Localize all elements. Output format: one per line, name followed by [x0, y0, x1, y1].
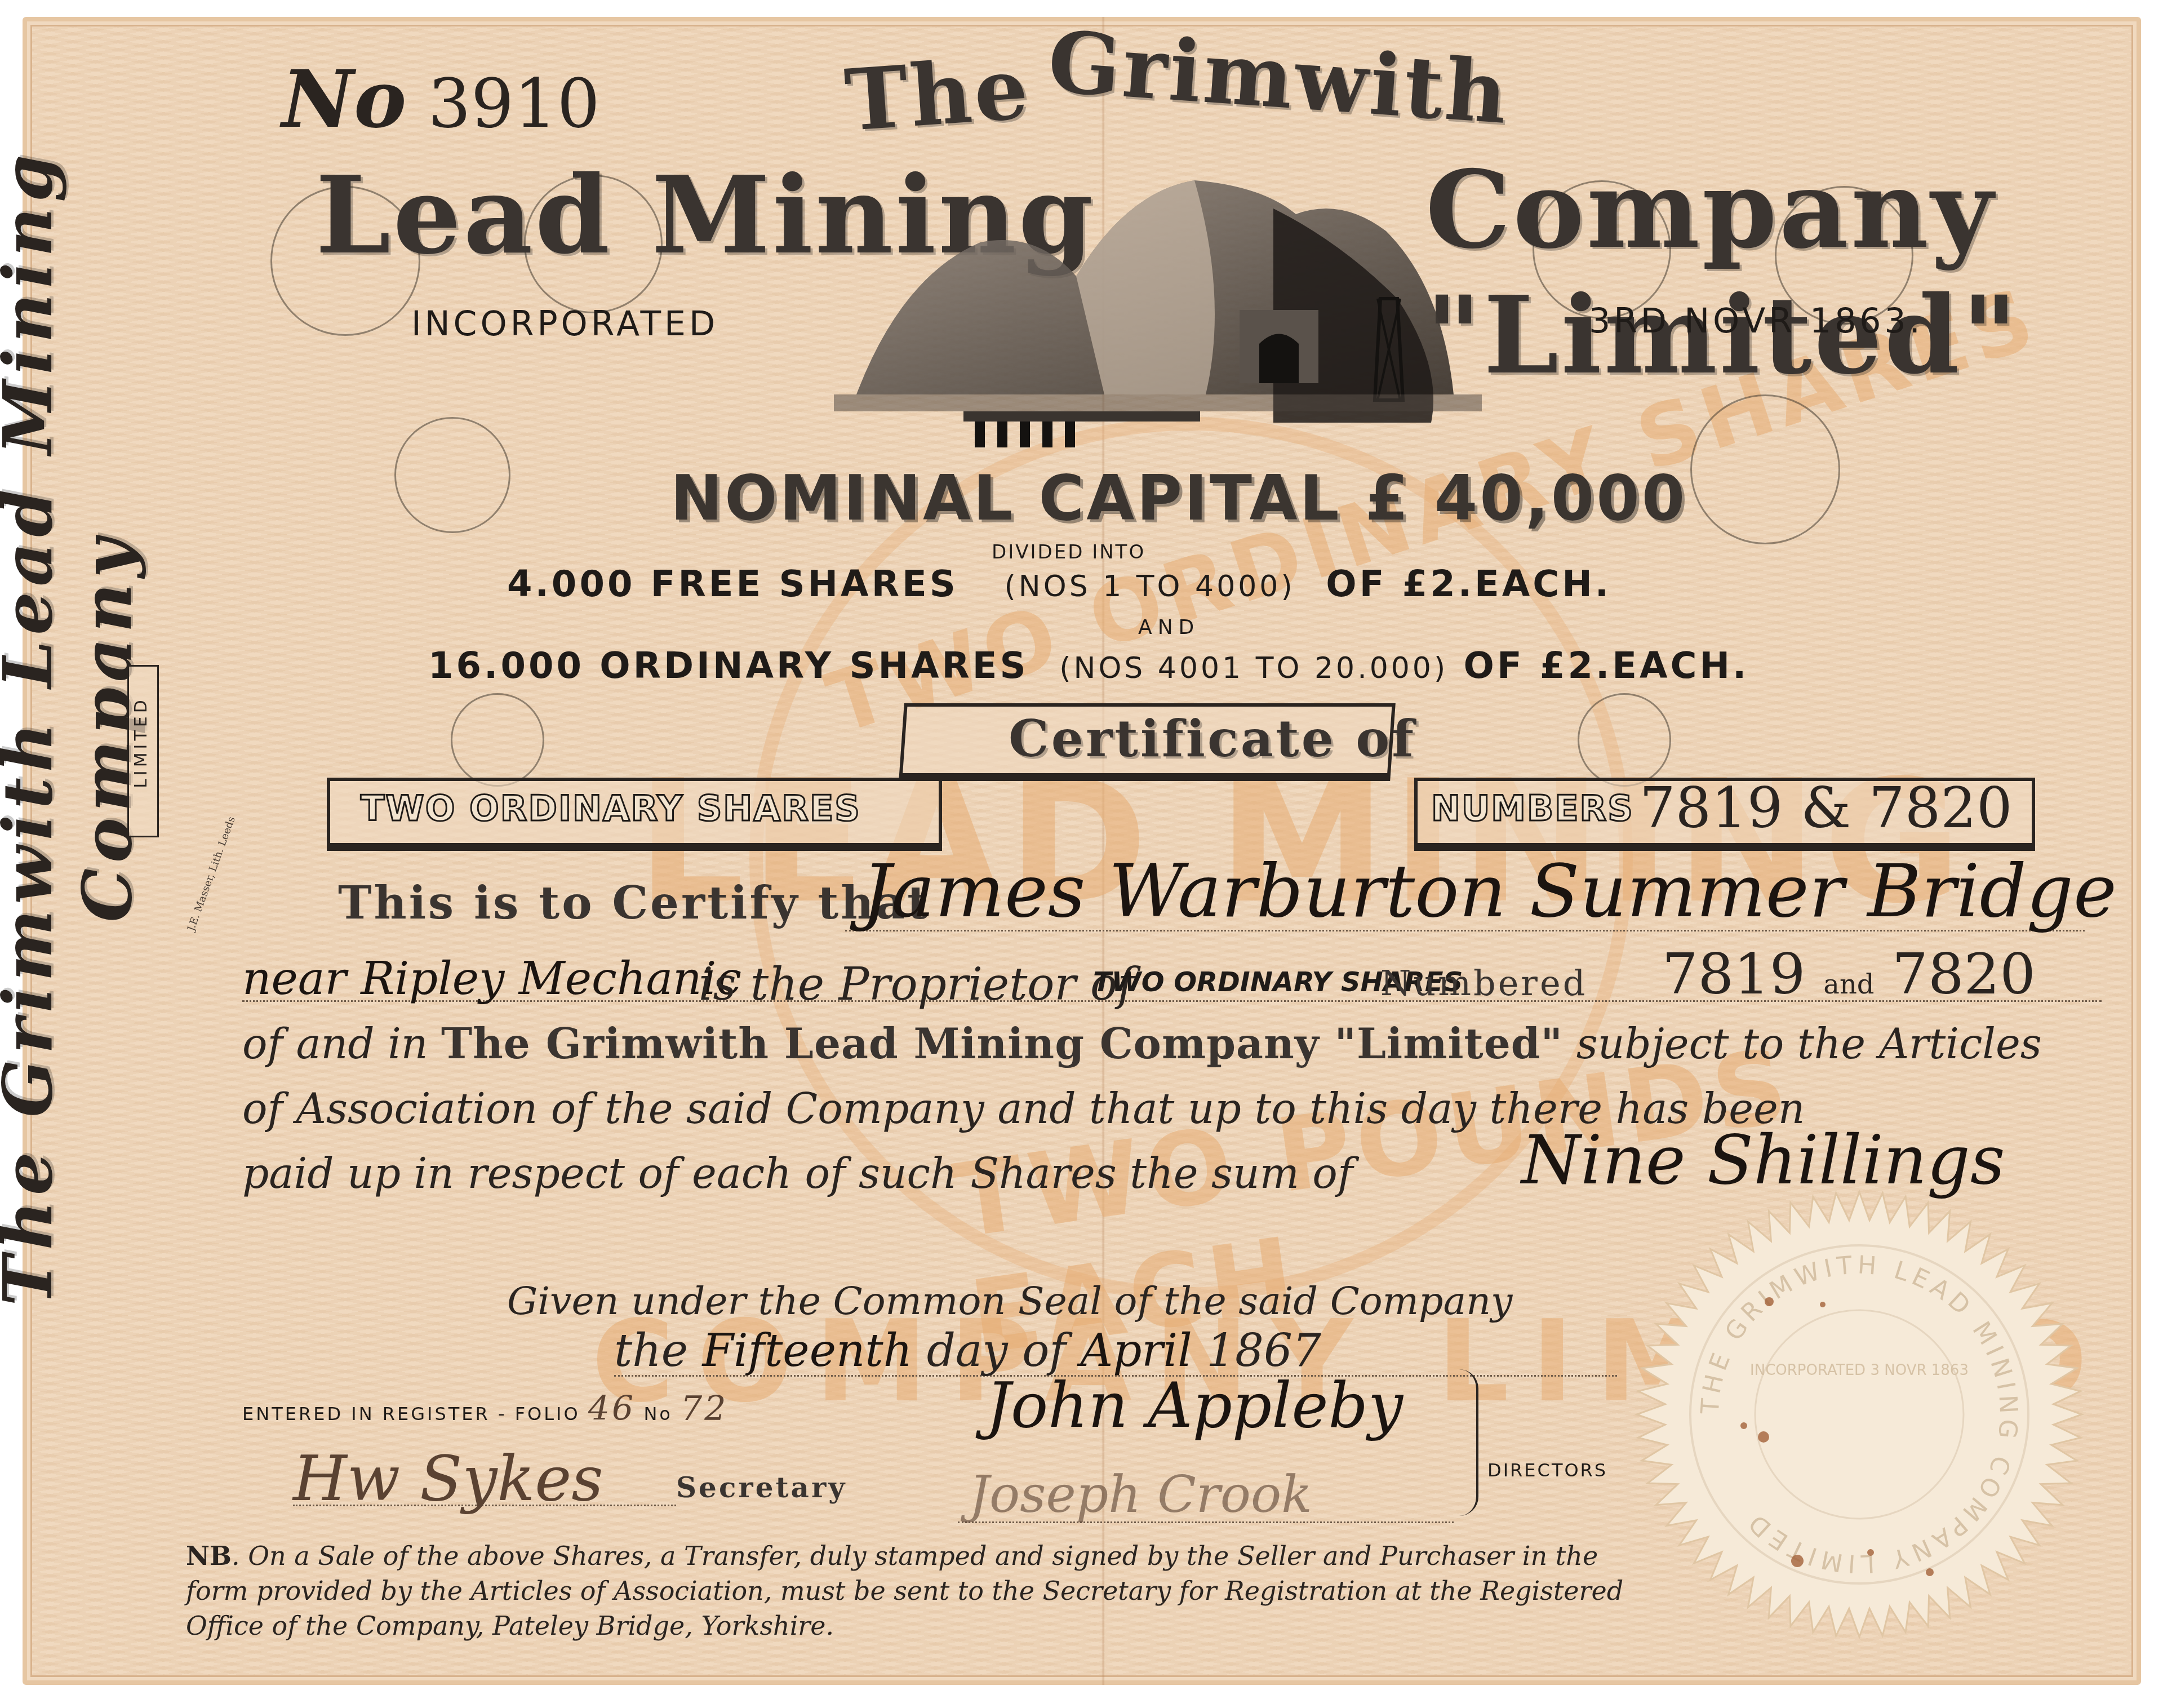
director-signature-1: John Appleby [986, 1369, 1403, 1441]
free-shares-price: OF £2.EACH. [1326, 564, 1611, 605]
directors-label: DIRECTORS [1487, 1459, 1607, 1481]
nominal-capital-value: 40,000 [1434, 462, 1687, 534]
nominal-capital-currency: £ [1365, 462, 1411, 534]
body-line-3: of and in The Grimwith Lead Mining Compa… [242, 1020, 2042, 1068]
flourish-ornament [451, 693, 544, 787]
holder-address-occupation: near Ripley Mechanic [242, 952, 741, 1005]
and-small: and [1823, 969, 1874, 1000]
flourish-ornament [394, 417, 510, 533]
ribbon-numbers-label: NUMBERS [1431, 788, 1634, 829]
svg-text:INCORPORATED 3 NOVR 1863: INCORPORATED 3 NOVR 1863 [1750, 1362, 1969, 1379]
numbered-label: Numbered [1380, 962, 1587, 1004]
certificate-of-heading: Certificate of [1009, 709, 1416, 769]
ordinary-shares-line: 16.000 ORDINARY SHARES (NOS 4001 TO 20.0… [428, 645, 1749, 687]
certificate-number: No 3910 [282, 54, 600, 146]
ordinary-shares-label: 16.000 ORDINARY SHARES [428, 645, 1029, 687]
number-label: No [282, 54, 406, 146]
left-band-limited: LIMITED [131, 669, 151, 816]
body-line-5: paid up in respect of each of such Share… [242, 1150, 1353, 1198]
left-band-company-name: The Grimwith Lead Mining Company [0, 51, 147, 1404]
incorporated-label: INCORPORATED [411, 304, 718, 344]
divided-into: DIVIDED INTO [992, 541, 1145, 564]
share-number-1: 7819 [1662, 941, 1806, 1007]
ordinary-shares-price: OF £2.EACH. [1463, 645, 1749, 687]
paid-sum: Nine Shillings [1521, 1121, 2005, 1200]
holder-name: James Warburton Summer Bridge [862, 848, 2117, 934]
flourish-ornament [1690, 394, 1840, 544]
given-under-seal: Given under the Common Seal of the said … [507, 1279, 1512, 1324]
flourish-ornament [1578, 693, 1671, 787]
register-number: 72 [681, 1389, 728, 1428]
directors-brace [1459, 1369, 1478, 1516]
free-shares-range: (NOS 1 TO 4000) [1005, 570, 1295, 604]
line3-prefix: of and in [242, 1020, 428, 1068]
free-shares-line: 4.000 FREE SHARES (NOS 1 TO 4000) OF £2.… [507, 564, 1611, 605]
notice-text: On a Sale of the above Shares, a Transfe… [186, 1541, 1623, 1641]
line3-company: The Grimwith Lead Mining Company "Limite… [441, 1020, 1563, 1068]
secretary-signature: Hw Sykes [293, 1443, 603, 1515]
line3-suffix: subject to the Articles [1576, 1020, 2042, 1068]
number-value: 3910 [428, 65, 600, 143]
mine-landscape-engraving [834, 130, 1482, 451]
folio-value: 46 [588, 1389, 636, 1428]
certify-prefix: This is to Certify that [338, 876, 930, 929]
ordinary-shares-range: (NOS 4001 TO 20.000) [1059, 651, 1448, 685]
proprietor-text: is the Proprietor of [699, 958, 1134, 1010]
proprietor-share-numbers: 7819 and 7820 [1662, 941, 2036, 1007]
date-prefix: the [614, 1324, 688, 1377]
embossed-company-seal: THE GRIMWITH LEAD MINING COMPANY LIMITED… [1634, 1189, 2085, 1640]
ribbon-share-numbers: 7819 & 7820 [1640, 775, 2013, 841]
free-shares-label: 4.000 FREE SHARES [507, 564, 958, 605]
date-day: Fifteenth [702, 1324, 912, 1377]
notice-tag: NB [186, 1541, 232, 1571]
register-no-label: No [643, 1403, 673, 1425]
register-entry: ENTERED IN REGISTER - FOLIO 46 No 72 [242, 1389, 728, 1428]
nominal-capital-label: NOMINAL CAPITAL [670, 462, 1342, 534]
nominal-capital: NOMINAL CAPITAL £ 40,000 [670, 462, 1687, 534]
secretary-label: Secretary [676, 1471, 847, 1504]
share-number-2: 7820 [1892, 941, 2036, 1007]
and-label: AND [1138, 616, 1200, 639]
transfer-notice: NB. On a Sale of the above Shares, a Tra… [186, 1538, 1662, 1643]
ribbon-share-count: TWO ORDINARY SHARES [361, 788, 861, 829]
entered-label: ENTERED IN REGISTER - FOLIO [242, 1403, 580, 1425]
incorporated-date: 3RD NOVR 1863. [1589, 301, 1924, 341]
director-signature-2: Joseph Crook [969, 1465, 1312, 1524]
title-company-limited: Company "Limited" [1425, 147, 2163, 398]
